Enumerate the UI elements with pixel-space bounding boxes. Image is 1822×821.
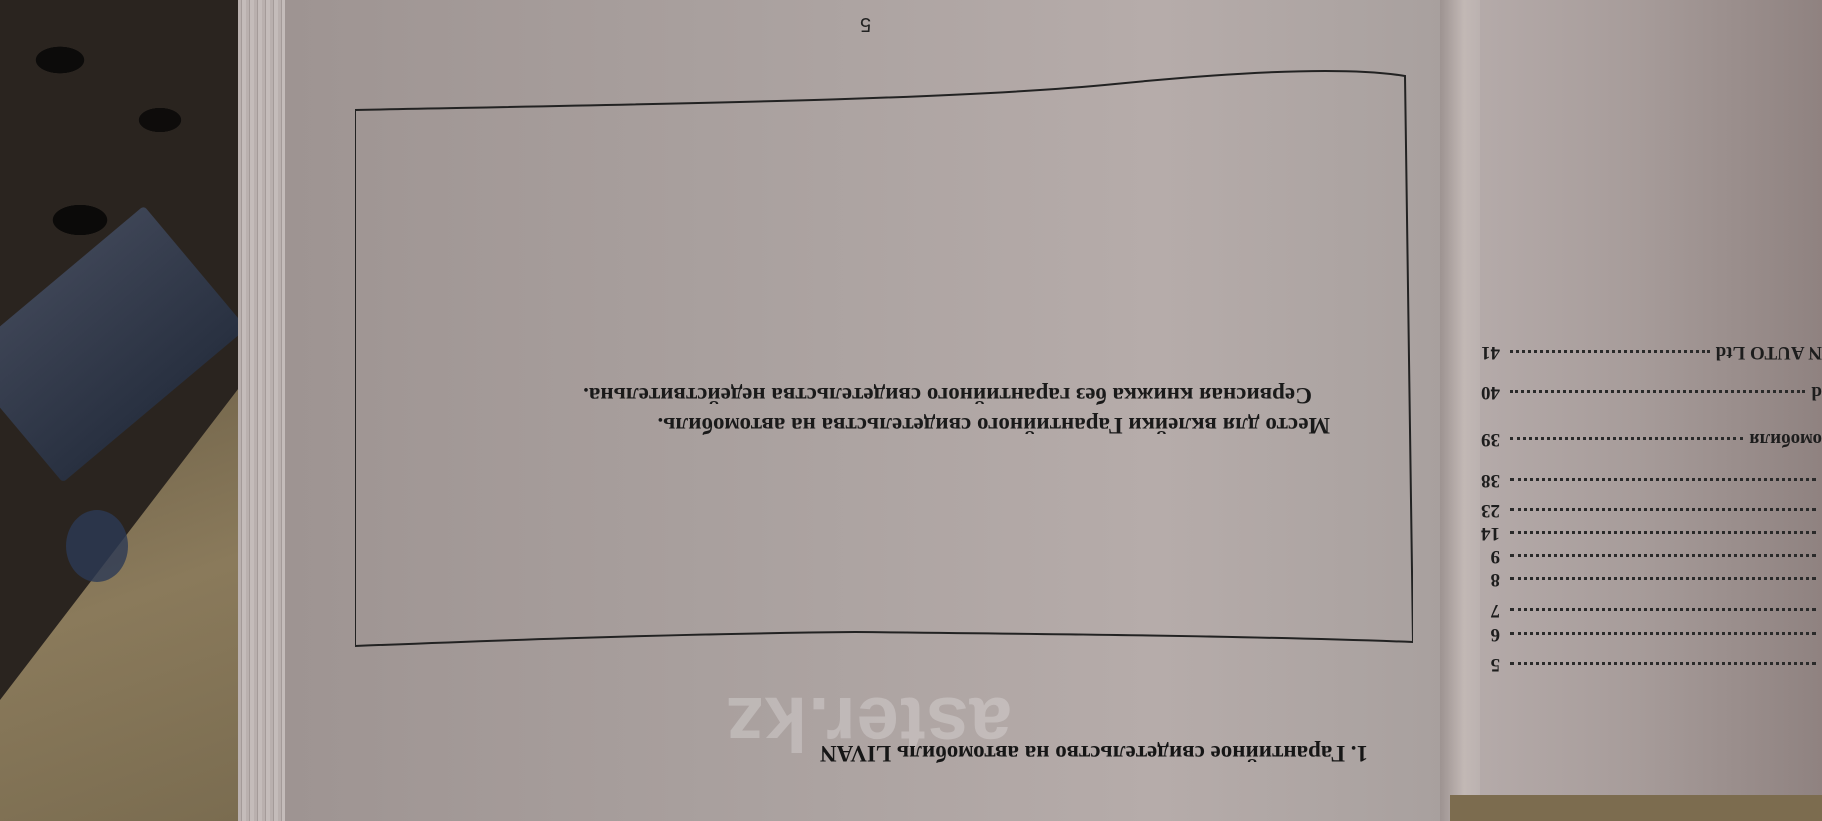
insert-instructions: Место для вклейки Гарантийного свидетель… (510, 380, 1330, 440)
toc-leader-dots (1510, 509, 1816, 512)
toc-leader-dots (1510, 663, 1816, 666)
toc-leader-dots (1510, 578, 1816, 581)
toc-leader-dots (1510, 391, 1805, 394)
toc-leader-dots (1510, 351, 1710, 354)
toc-page-number: 7 (1450, 599, 1504, 621)
toc-leader-dots (1510, 633, 1816, 636)
toc-leader-dots (1510, 479, 1816, 482)
box-logo-circle (66, 510, 128, 582)
toc-entry: 5 (1450, 652, 1822, 676)
toc-page-number: 5 (1450, 653, 1504, 675)
toc-entry: 8 (1450, 567, 1822, 591)
page-stack-edges (238, 0, 288, 821)
toc-leader-dots (1510, 532, 1816, 535)
toc-page-number: 38 (1450, 469, 1504, 491)
section-title: 1. Гарантийное свидетельство на автомоби… (820, 740, 1368, 766)
toc-leader-dots (1510, 438, 1743, 441)
toc-entry-text: d (1811, 381, 1822, 403)
toc-entry-text: омобиля (1749, 428, 1822, 450)
insert-line-1: Место для вклейки Гарантийного свидетель… (510, 410, 1330, 440)
toc-entry-text: N AUTO Ltd (1716, 341, 1822, 363)
toc-page-number: 8 (1450, 568, 1504, 590)
toc-entry: омобиля39 (1450, 427, 1822, 451)
toc-entry: 7 (1450, 598, 1822, 622)
toc-page-number: 6 (1450, 623, 1504, 645)
toc-entry: 14 (1450, 521, 1822, 545)
table-of-contents: N AUTO Ltd41d40омобиля3938231498765 (1450, 0, 1822, 800)
insert-line-2: Сервисная книжка без гарантийного свидет… (510, 380, 1330, 410)
toc-page-number: 39 (1450, 428, 1504, 450)
toc-page-number: 23 (1450, 499, 1504, 521)
toc-page-number: 41 (1450, 341, 1504, 363)
toc-entry: 23 (1450, 498, 1822, 522)
toc-entry: 38 (1450, 468, 1822, 492)
toc-entry: 6 (1450, 622, 1822, 646)
toc-entry: d40 (1450, 380, 1822, 404)
toc-page-number: 14 (1450, 522, 1504, 544)
toc-leader-dots (1510, 555, 1816, 558)
toc-page-number: 40 (1450, 381, 1504, 403)
toc-entry: N AUTO Ltd41 (1450, 340, 1822, 364)
toc-page-number: 9 (1450, 545, 1504, 567)
page-number: 5 (860, 12, 871, 35)
toc-entry: 9 (1450, 544, 1822, 568)
toc-leader-dots (1510, 609, 1816, 612)
